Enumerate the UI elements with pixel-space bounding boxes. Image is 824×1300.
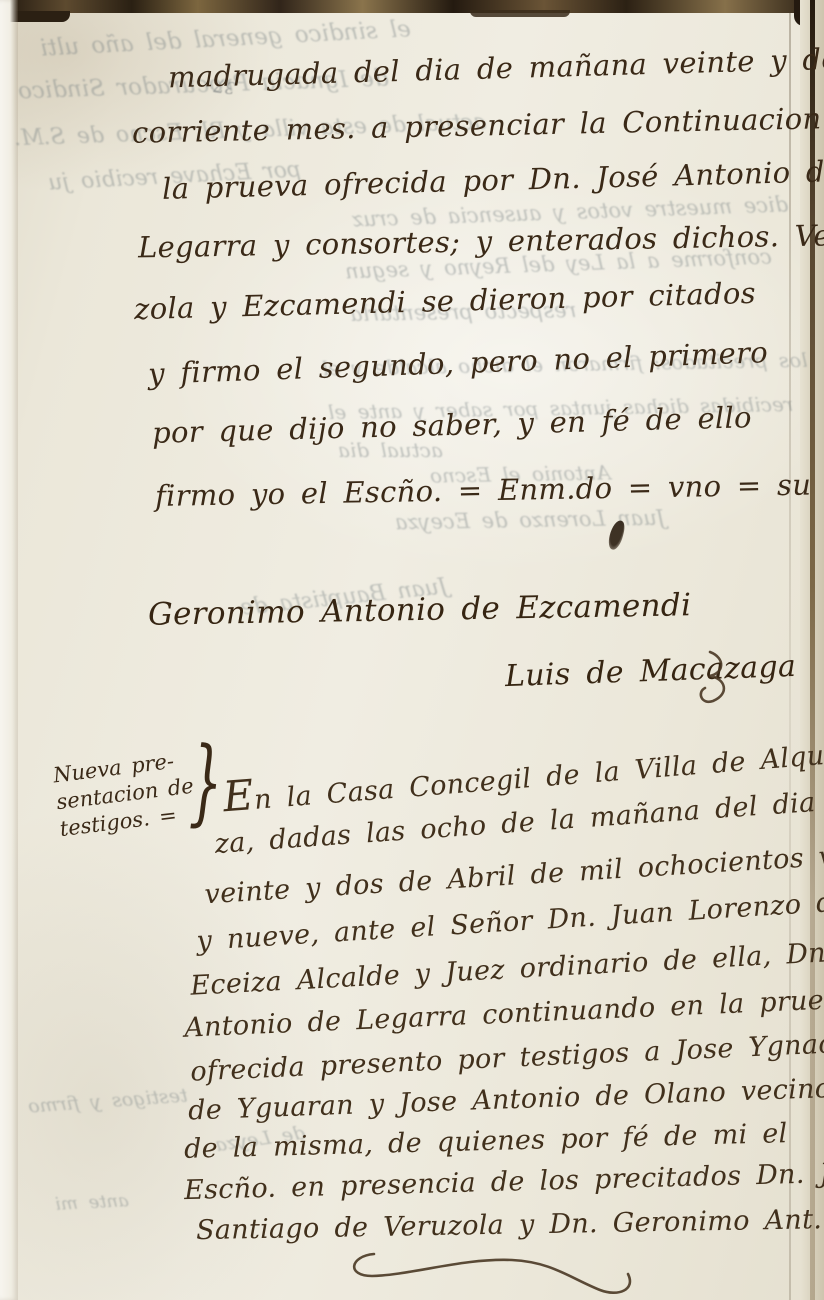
- signature-luis: Luis de Macazaga: [504, 649, 796, 694]
- binding-edge-top: [0, 0, 824, 13]
- body-line: y firmo el segundo, pero no el primero: [148, 335, 769, 391]
- bleedthrough-text: ante mi: [55, 1190, 130, 1215]
- signature-geronimo: Geronimo Antonio de Ezcamendi: [148, 587, 692, 632]
- margin-brace: }: [189, 735, 224, 831]
- closing-flourish: [340, 1238, 660, 1300]
- manuscript-page: 37 el sindico general del año ulti de Ig…: [0, 0, 824, 1300]
- binding-edge-chip: [470, 10, 570, 17]
- act-line: Escño. en presencia de los precitados Dn…: [184, 1157, 824, 1206]
- body-line: firmo yo el Escño. = Enm.do = vno = su =…: [155, 465, 824, 513]
- body-line: por que dijo no saber, y en fé de ello: [152, 400, 753, 450]
- signature-rubric: [694, 648, 738, 712]
- adjacent-page-dark-line: [810, 0, 815, 1300]
- paper-deckle-edge: [0, 0, 18, 1300]
- bleedthrough-text: testigos y firmo: [27, 1084, 188, 1117]
- bleedthrough-text: Juan Lorenzo de Eceyza: [395, 506, 666, 535]
- body-line: corriente mes. a presenciar la Continuac…: [132, 100, 824, 150]
